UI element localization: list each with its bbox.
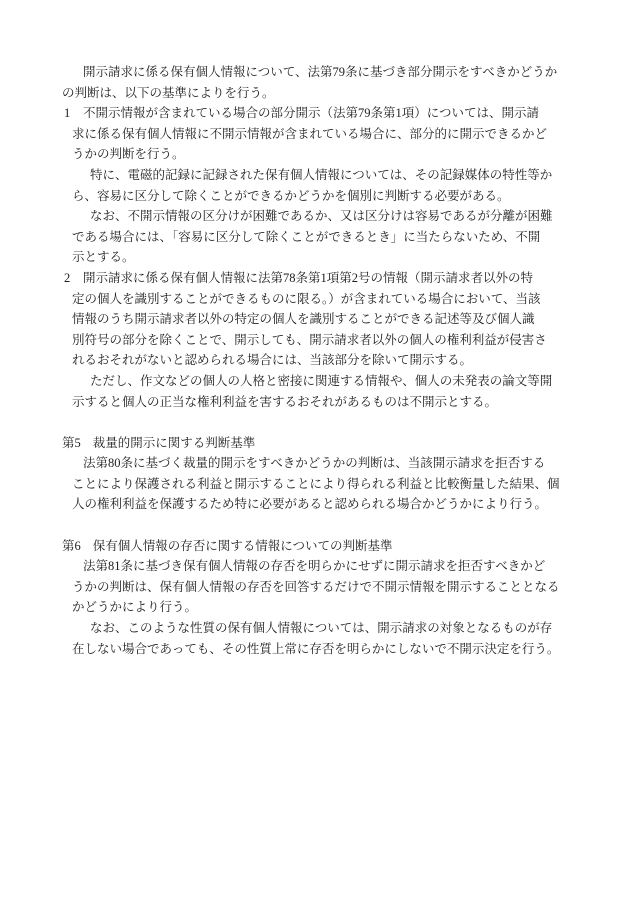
section-5-heading: 第5裁量的開示に関する判断基準 (62, 433, 582, 454)
item-2-paragraph: 2開示請求に係る保有個人情報に法第78条第1項第2号の情報（開示請求者以外の特 … (62, 268, 582, 371)
document-page: 開示請求に係る保有個人情報について、法第79条に基づき部分開示をすべきかどうか … (0, 0, 630, 903)
section-5-label: 第5 (62, 436, 81, 450)
section-6-body-paragraph-1: 法第81条に基づき保有個人情報の存否を明らかにせずに開示請求を拒否すべきかど う… (62, 556, 582, 618)
item-1-subparagraph-1: 特に、電磁的記録に記録された保有個人情報については、その記録媒体の特性等か ら、… (62, 165, 582, 206)
item-2-subparagraph-1: ただし、作文などの個人の人格と密接に関連する情報や、個人の未発表の論文等開 示す… (62, 371, 582, 412)
section-6-label: 第6 (62, 539, 81, 553)
section-6-heading: 第6保有個人情報の存否に関する情報についての判断基準 (62, 536, 582, 557)
section-5-body-paragraph: 法第80条に基づく裁量的開示をすべきかどうかの判断は、当該開示請求を拒否する こ… (62, 453, 582, 515)
section-6-title: 保有個人情報の存否に関する情報についての判断基準 (93, 539, 393, 553)
document-body: 開示請求に係る保有個人情報について、法第79条に基づき部分開示をすべきかどうか … (62, 62, 582, 659)
item-1-subparagraph-2: なお、不開示情報の区分けが困難であるか、又は区分けは容易であるが分離が困難 であ… (62, 206, 582, 268)
item-1-number: 1 (64, 103, 83, 124)
section-5-title: 裁量的開示に関する判断基準 (93, 436, 256, 450)
item-1-text: 不開示情報が含まれている場合の部分開示（法第79条第1項）については、開示請 求… (72, 106, 547, 161)
paragraph-intro: 開示請求に係る保有個人情報について、法第79条に基づき部分開示をすべきかどうか … (62, 62, 582, 103)
item-1-paragraph: 1不開示情報が含まれている場合の部分開示（法第79条第1項）については、開示請 … (62, 103, 582, 165)
item-2-text: 開示請求に係る保有個人情報に法第78条第1項第2号の情報（開示請求者以外の特 定… (72, 271, 547, 367)
section-6-body-paragraph-2: なお、このような性質の保有個人情報については、開示請求の対象となるものが存 在し… (62, 618, 582, 659)
item-2-number: 2 (64, 268, 83, 289)
